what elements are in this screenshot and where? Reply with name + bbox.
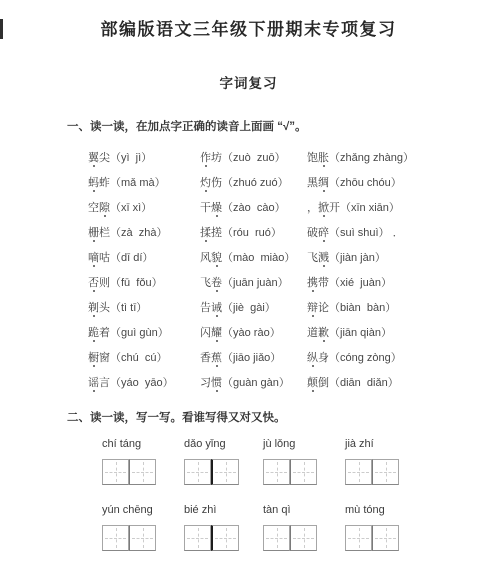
writing-practice-grid: chí tángdǎo yǐngjù lǒngjià zhíyún chēngb… — [102, 438, 497, 551]
word-text: 黑绸 — [307, 174, 329, 190]
word-text: 空隙 — [88, 199, 110, 215]
pinyin-options: （xīn xiān） — [340, 199, 400, 215]
word-text: 翼尖 — [88, 149, 110, 165]
tian-zi-ge-box — [129, 525, 156, 551]
word-text: 掀开 — [318, 199, 340, 215]
dotted-character: 纵 — [307, 349, 318, 365]
word-item: 饱胀（zhǎng zhàng） — [307, 144, 497, 169]
pinyin-label: bié zhì — [184, 504, 263, 518]
word-item: 告诫（jiè gài） — [200, 294, 307, 319]
word-text: 香蕉 — [200, 349, 222, 365]
word-text: 否则 — [88, 274, 110, 290]
character: 着 — [99, 324, 110, 340]
character: 窗 — [99, 349, 110, 365]
word-item: 破碎（suì shuì） ． — [307, 219, 497, 244]
stray-mark: ， — [307, 199, 318, 215]
word-text: 蚂蚱 — [88, 174, 110, 190]
dotted-character: 颠 — [307, 374, 318, 390]
tian-zi-ge-box — [290, 525, 317, 551]
pinyin-options: （mào miào） — [222, 249, 295, 265]
pinyin-label: chí táng — [102, 438, 184, 452]
dotted-character: 携 — [307, 274, 318, 290]
tian-zi-ge-box — [345, 525, 372, 551]
pinyin-options: （yáo yāo） — [110, 374, 174, 390]
word-item: 携带（xié juàn） — [307, 269, 497, 294]
character: 风 — [200, 249, 211, 265]
tian-zi-ge-group — [184, 459, 263, 485]
dotted-character: 耀 — [211, 324, 222, 340]
dotted-character: 灼 — [200, 174, 211, 190]
word-item: 香蕉（jiāo jiǎo） — [200, 344, 307, 369]
word-item: 飞溅（jiàn jàn） — [307, 244, 497, 269]
pinyin-label: dǎo yǐng — [184, 438, 263, 452]
pinyin-options: （zhuó zuó） — [222, 174, 289, 190]
word-item: 颠倒（diān diǎn） — [307, 369, 497, 394]
word-text: 闪耀 — [200, 324, 222, 340]
character: 告 — [200, 299, 211, 315]
word-text: 飞溅 — [307, 249, 329, 265]
pinyin-options: （zà zhà） — [110, 224, 167, 240]
section2-heading: 二、读一读，写一写。看谁写得又对又快。 — [67, 409, 497, 425]
word-item: 栅栏（zà zhà） — [88, 219, 200, 244]
word-item: 道歉（jiān qiàn） — [307, 319, 497, 344]
pinyin-options: （biàn bàn） — [329, 299, 396, 315]
pinyin-options: （zào cào） — [222, 199, 286, 215]
tian-zi-ge-box — [184, 459, 211, 485]
pinyin-options: （xī xì） — [110, 199, 152, 215]
tian-zi-ge-box — [102, 459, 129, 485]
dotted-character: 绸 — [318, 174, 329, 190]
word-item: 闪耀（yào rào） — [200, 319, 307, 344]
tian-zi-ge-group — [345, 525, 497, 551]
word-item: 嘀咕（dī dí） — [88, 244, 200, 269]
write-word-cell: yún chēng — [102, 504, 184, 551]
write-word-cell: jià zhí — [345, 438, 497, 485]
dotted-character: 作 — [200, 149, 211, 165]
word-item: 否则（fū fǒu） — [88, 269, 200, 294]
character: 开 — [329, 199, 340, 215]
pinyin-choice-list: 翼尖（yì jì）作坊（zuò zuō）饱胀（zhǎng zhàng）蚂蚱（mǎ… — [88, 144, 497, 394]
word-item: 风貌（mào miào） — [200, 244, 307, 269]
word-text: 谣言 — [88, 374, 110, 390]
pinyin-label: jià zhí — [345, 438, 497, 452]
character: 黑 — [307, 174, 318, 190]
pinyin-options: （fū fǒu） — [110, 274, 163, 290]
pinyin-options: （diān diǎn） — [329, 374, 399, 390]
pinyin-options: （guì gùn） — [110, 324, 169, 340]
word-text: 飞卷 — [200, 274, 222, 290]
tian-zi-ge-box — [129, 459, 156, 485]
pinyin-options: （jiàn jàn） — [329, 249, 386, 265]
dotted-character: 胀 — [318, 149, 329, 165]
word-item: 灼伤（zhuó zuó） — [200, 169, 307, 194]
tian-zi-ge-group — [345, 459, 497, 485]
word-text: 跪着 — [88, 324, 110, 340]
word-text: 饱胀 — [307, 149, 329, 165]
stray-mark: ． — [390, 224, 404, 240]
tian-zi-ge-box — [102, 525, 129, 551]
dotted-character: 辩 — [307, 299, 318, 315]
section1-heading: 一、读一读，在加点字正确的读音上面画 “√”。 — [67, 118, 497, 134]
character: 饱 — [307, 149, 318, 165]
pinyin-options: （zhōu chóu） — [329, 174, 402, 190]
pinyin-options: （chú cú） — [110, 349, 167, 365]
dotted-character: 貌 — [211, 249, 222, 265]
word-item: 橱窗（chú cú） — [88, 344, 200, 369]
pinyin-options: （jiè gài） — [222, 299, 276, 315]
tian-zi-ge-group — [263, 459, 345, 485]
write-word-cell: bié zhì — [184, 504, 263, 551]
character: 栏 — [99, 224, 110, 240]
dotted-character: 碎 — [318, 224, 329, 240]
write-word-cell: tàn qì — [263, 504, 345, 551]
tian-zi-ge-box — [211, 459, 239, 485]
tian-zi-ge-group — [263, 525, 345, 551]
dotted-character: 谣 — [88, 374, 99, 390]
dotted-character: 橱 — [88, 349, 99, 365]
worksheet-page: 部编版语文三年级下册期末专项复习 字词复习 一、读一读，在加点字正确的读音上面画… — [0, 0, 497, 586]
character: 论 — [318, 299, 329, 315]
pinyin-options: （cóng zòng） — [329, 349, 402, 365]
word-item: 揉搓（róu ruó） — [200, 219, 307, 244]
pinyin-options: （zuò zuō） — [222, 149, 286, 165]
character: 言 — [99, 374, 110, 390]
pinyin-options: （guàn gàn） — [222, 374, 290, 390]
pinyin-label: tàn qì — [263, 504, 345, 518]
write-word-cell: dǎo yǐng — [184, 438, 263, 485]
word-text: 风貌 — [200, 249, 222, 265]
word-item: 蚂蚱（mǎ mà） — [88, 169, 200, 194]
tian-zi-ge-box — [184, 525, 211, 551]
character: 闪 — [200, 324, 211, 340]
character: 习 — [200, 374, 211, 390]
character: 则 — [99, 274, 110, 290]
dotted-character: 嘀 — [88, 249, 99, 265]
pinyin-label: mù tóng — [345, 504, 497, 518]
tian-zi-ge-box — [290, 459, 317, 485]
write-word-cell: chí táng — [102, 438, 184, 485]
tian-zi-ge-box — [263, 459, 290, 485]
character: 破 — [307, 224, 318, 240]
pinyin-options: （mǎ mà） — [110, 174, 166, 190]
dotted-character: 翼 — [88, 149, 99, 165]
section-subtitle: 字词复习 — [0, 72, 497, 92]
word-text: 嘀咕 — [88, 249, 110, 265]
word-item: 黑绸（zhōu chóu） — [307, 169, 497, 194]
pinyin-options: （juān juàn） — [222, 274, 289, 290]
dotted-character: 揉 — [200, 224, 211, 240]
pinyin-options: （jiān qiàn） — [329, 324, 392, 340]
word-text: 揉搓 — [200, 224, 222, 240]
dotted-character: 跪 — [88, 324, 99, 340]
pinyin-options: （xié juàn） — [329, 274, 392, 290]
character: 头 — [99, 299, 110, 315]
dotted-character: 歉 — [318, 324, 329, 340]
character: 飞 — [200, 274, 211, 290]
character: 咕 — [99, 249, 110, 265]
pinyin-options: （yì jì） — [110, 149, 152, 165]
word-item: 跪着（guì gùn） — [88, 319, 200, 344]
dotted-character: 溅 — [318, 249, 329, 265]
scan-artifact-mark — [0, 19, 3, 39]
character: 倒 — [318, 374, 329, 390]
pinyin-options: （róu ruó） — [222, 224, 282, 240]
tian-zi-ge-box — [372, 525, 399, 551]
tian-zi-ge-group — [102, 525, 184, 551]
tian-zi-ge-group — [184, 525, 263, 551]
write-word-cell: mù tóng — [345, 504, 497, 551]
character: 干 — [200, 199, 211, 215]
character: 坊 — [211, 149, 222, 165]
tian-zi-ge-box — [345, 459, 372, 485]
dotted-character: 蚂 — [88, 174, 99, 190]
character: 蚱 — [99, 174, 110, 190]
pinyin-options: （zhǎng zhàng） — [329, 149, 414, 165]
character: 搓 — [211, 224, 222, 240]
character: 香 — [200, 349, 211, 365]
tian-zi-ge-group — [102, 459, 184, 485]
tian-zi-ge-box — [263, 525, 290, 551]
dotted-character: 卷 — [211, 274, 222, 290]
word-text: 破碎 — [307, 224, 329, 240]
character: 道 — [307, 324, 318, 340]
page-title: 部编版语文三年级下册期末专项复习 — [0, 0, 497, 40]
write-word-cell: jù lǒng — [263, 438, 345, 485]
word-item: 纵身（cóng zòng） — [307, 344, 497, 369]
word-item: 剃头（tì tī） — [88, 294, 200, 319]
dotted-character: 惯 — [211, 374, 222, 390]
dotted-character: 蕉 — [211, 349, 222, 365]
dotted-character: 否 — [88, 274, 99, 290]
word-text: 颠倒 — [307, 374, 329, 390]
word-item: 翼尖（yì jì） — [88, 144, 200, 169]
pinyin-options: （yào rào） — [222, 324, 281, 340]
word-item: 辩论（biàn bàn） — [307, 294, 497, 319]
pinyin-label: jù lǒng — [263, 438, 345, 452]
word-item: 干燥（zào cào） — [200, 194, 307, 219]
pinyin-options: （tì tī） — [110, 299, 147, 315]
word-item: 飞卷（juān juàn） — [200, 269, 307, 294]
dotted-character: 掀 — [318, 199, 329, 215]
pinyin-options: （jiāo jiǎo） — [222, 349, 281, 365]
pinyin-options: （suì shuì） — [329, 224, 390, 240]
dotted-character: 诫 — [211, 299, 222, 315]
word-text: 剃头 — [88, 299, 110, 315]
dotted-character: 栅 — [88, 224, 99, 240]
dotted-character: 隙 — [99, 199, 110, 215]
character: 飞 — [307, 249, 318, 265]
character: 尖 — [99, 149, 110, 165]
word-text: 栅栏 — [88, 224, 110, 240]
word-text: 干燥 — [200, 199, 222, 215]
word-text: 道歉 — [307, 324, 329, 340]
character: 身 — [318, 349, 329, 365]
character: 带 — [318, 274, 329, 290]
dotted-character: 剃 — [88, 299, 99, 315]
word-text: 纵身 — [307, 349, 329, 365]
character: 伤 — [211, 174, 222, 190]
character: 空 — [88, 199, 99, 215]
word-item: 谣言（yáo yāo） — [88, 369, 200, 394]
word-item: ，掀开（xīn xiān） — [307, 194, 497, 219]
dotted-character: 燥 — [211, 199, 222, 215]
word-text: 橱窗 — [88, 349, 110, 365]
tian-zi-ge-box — [211, 525, 239, 551]
word-item: 空隙（xī xì） — [88, 194, 200, 219]
pinyin-options: （dī dí） — [110, 249, 153, 265]
word-text: 辩论 — [307, 299, 329, 315]
word-text: 告诫 — [200, 299, 222, 315]
word-item: 习惯（guàn gàn） — [200, 369, 307, 394]
word-text: 作坊 — [200, 149, 222, 165]
tian-zi-ge-box — [372, 459, 399, 485]
pinyin-label: yún chēng — [102, 504, 184, 518]
word-text: 灼伤 — [200, 174, 222, 190]
word-text: 携带 — [307, 274, 329, 290]
word-text: 习惯 — [200, 374, 222, 390]
word-item: 作坊（zuò zuō） — [200, 144, 307, 169]
